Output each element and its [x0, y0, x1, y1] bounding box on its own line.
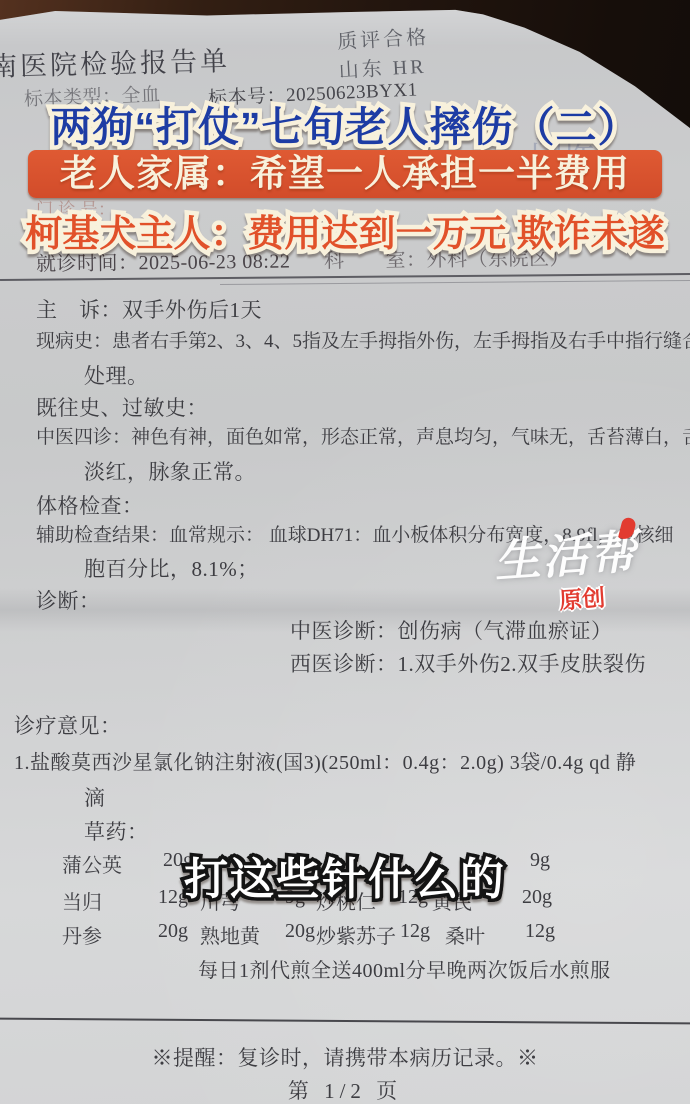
channel-watermark: 生活帮 原创: [492, 515, 640, 591]
present-illness-2: 处理。: [84, 360, 149, 390]
headline-banner: 两狗“打仗”七旬老人摔伤（二）: [0, 94, 690, 153]
chief-complaint: 主 诉：双手外伤后1天: [36, 294, 262, 324]
rx-line-1: 1.盐酸莫西沙星氯化钠注射液(国3)(250ml：0.4g：2.0g) 3袋/0…: [14, 746, 636, 775]
herb-qty: 12g: [400, 920, 430, 943]
rx-line-2: 滴: [84, 782, 106, 812]
tcm-exam-1: 中医四诊：神色有神，面色如常，形态正常，声息均匀，气味无，舌苔薄白，舌质: [36, 422, 690, 449]
page-number: 第 1/2 页: [0, 1075, 690, 1104]
herb-qty: 12g: [525, 920, 555, 943]
watermark-original-tag: 原创: [558, 579, 606, 615]
video-frame: 南医院检验报告单 质评合格 山东 HR 标本类型：全血 标本号：20250623…: [0, 0, 690, 1104]
herb-qty: 20g: [158, 920, 188, 943]
tcm-exam-2: 淡红，脉象正常。: [84, 456, 256, 486]
reminder: ※提醒：复诊时，请携带本病历记录。※: [0, 1042, 690, 1072]
tcm-diagnosis: 中医诊断：创伤病（气滞血瘀证）: [290, 615, 613, 645]
herb-name: 炒紫苏子: [316, 920, 396, 949]
subhead-banner-family: 老人家属：希望一人承担一半费用: [28, 150, 662, 198]
herb-name: 熟地黄: [200, 920, 260, 949]
diagnosis-label: 诊断：: [36, 585, 101, 615]
subhead-banner-dog-owner: 柯基犬主人：费用达到一万元 欺诈未遂: [0, 203, 690, 257]
aux-exam-2: 胞百分比，8.1%；: [84, 553, 259, 583]
western-diagnosis: 西医诊断：1.双手外伤2.双手皮肤裂伤: [290, 648, 646, 678]
treatment-label: 诊疗意见：: [14, 710, 122, 740]
physical-exam-label: 体格检查：: [36, 490, 144, 520]
herb-name: 桑叶: [445, 920, 485, 949]
herbal-label: 草药：: [84, 816, 149, 846]
decoction-note: 每日1剂代煎全送400ml分早晚两次饭后水煎服: [198, 954, 611, 983]
past-history: 既往史、过敏史：: [36, 392, 208, 422]
present-illness-1: 现病史：患者右手第2、3、4、5指及左手拇指外伤，左手拇指及右手中指行缝合: [36, 326, 690, 353]
caption-subtitle: 打这些针什么的: [0, 843, 690, 907]
herb-qty: 20g: [285, 920, 315, 943]
watermark-name: 生活帮: [492, 515, 640, 591]
report-title: 南医院检验报告单: [0, 39, 230, 84]
herb-name: 丹参: [62, 920, 102, 949]
